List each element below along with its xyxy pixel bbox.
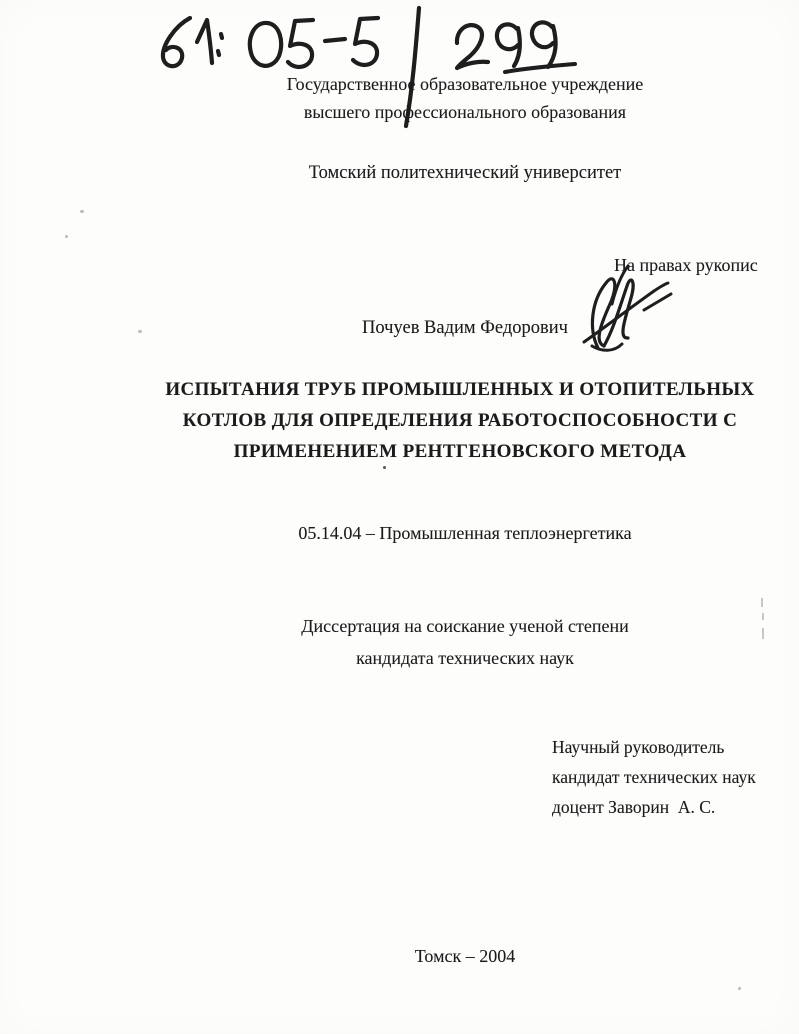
supervisor-title: Научный руководитель [552,732,756,762]
handwritten-digit-5b [353,18,378,65]
institution-line2: высшего профессионального образования [130,98,799,126]
manuscript-note: На правах рукопис [614,252,758,278]
scan-noise-dot [383,466,386,469]
specialty-code: 05.14.04 – Промышленная теплоэнергетика [130,520,799,546]
title-line3: ПРИМЕНЕНИЕМ РЕНТГЕНОВСКОГО МЕТОДА [90,436,799,467]
handwritten-catalog-code-text: 61: 05-5 [0,0,1,1]
university-name: Томский политехнический университет [130,160,799,186]
handwritten-digit-9 [497,24,520,66]
scan-edge-mark [761,598,763,607]
handwritten-digit-6 [163,18,190,66]
handwritten-digit-1 [197,20,212,63]
scan-noise-dot [80,210,84,213]
institution-line1: Государственное образовательное учрежден… [130,70,799,98]
degree-line2: кандидата технических наук [130,642,799,674]
author-name: Почуев Вадим Федорович [130,315,799,341]
title-line1: ИСПЫТАНИЯ ТРУБ ПРОМЫШЛЕННЫХ И ОТОПИТЕЛЬН… [90,374,799,405]
supervisor-name: доцент Заворин А. С. [552,792,756,822]
scan-noise-dot [738,987,741,990]
supervisor-block: Научный руководитель кандидат технически… [552,732,756,822]
handwritten-digit-0 [250,23,281,66]
handwritten-digit-5 [288,20,313,67]
scan-edge-mark [762,613,764,620]
handwritten-colon [218,34,222,55]
title-line2: КОТЛОВ ДЛЯ ОПРЕДЕЛЕНИЯ РАБОТОСПОСОБНОСТИ… [90,405,799,436]
handwritten-hyphen [325,39,345,41]
degree-statement: Диссертация на соискание ученой степени … [130,610,799,674]
scan-noise-dot [65,235,68,238]
supervisor-degree: кандидат технических наук [552,762,756,792]
degree-line1: Диссертация на соискание ученой степени [130,610,799,642]
scan-noise-dot [138,330,142,333]
signature-flick [644,294,671,310]
handwritten-digit-9b [532,22,556,67]
dissertation-title: ИСПЫТАНИЯ ТРУБ ПРОМЫШЛЕННЫХ И ОТОПИТЕЛЬН… [90,374,799,467]
handwritten-digit-2 [457,25,488,68]
dissertation-title-page: 61: 05-5 299 Государственное образовател… [0,0,799,1034]
scan-edge-mark [762,628,764,639]
handwritten-catalog-number-text: 299 [0,0,1,1]
city-year: Томск – 2004 [130,943,799,969]
signature-tail [592,344,622,350]
institution-header: Государственное образовательное учрежден… [130,70,799,126]
